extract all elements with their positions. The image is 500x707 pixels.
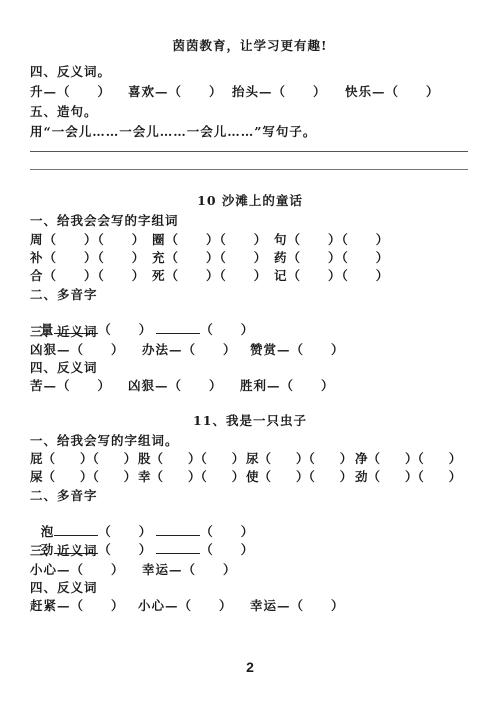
word-item: 句（ ）（ ） (274, 232, 389, 248)
antonyms-heading: 四、反义词 (30, 580, 98, 596)
word-item: 合（ ）（ ） (30, 268, 145, 284)
word-item: 记（ ）（ ） (274, 268, 389, 284)
word-item: 净（ ）（ ） (355, 451, 461, 467)
antonym-item: 升—（ ） (30, 84, 111, 100)
word-item: 药（ ）（ ） (274, 250, 389, 266)
polyphone-heading: 二、多音字 (30, 287, 98, 303)
word-item: 周（ ）（ ） (30, 232, 145, 248)
word-item: 屁（ ）（ ） (30, 451, 136, 467)
word-item: 幸（ ）（ ） (138, 469, 244, 485)
sentence-prompt: 用“一会儿……一会儿……一会儿……”写句子。 (30, 124, 316, 140)
antonym-item: 小心—（ ） (138, 598, 233, 614)
word-item: 屎（ ）（ ） (30, 469, 136, 485)
answer-line[interactable] (30, 169, 468, 170)
antonym-item: 喜欢—（ ） (128, 84, 223, 100)
antonym-item: 幸运—（ ） (250, 598, 345, 614)
lesson-11-title: 11、我是一只虫子 (0, 413, 500, 429)
paren-blank: （ ） (200, 322, 254, 337)
answer-line[interactable] (30, 151, 468, 152)
antonym-item: 苦—（ ） (30, 378, 111, 394)
word-item: 死（ ）（ ） (152, 268, 267, 284)
word-item: 补（ ）（ ） (30, 250, 145, 266)
antonym-item: 抬头—（ ） (232, 84, 327, 100)
words-heading: 一、给我会写的字组词。 (30, 433, 179, 449)
antonym-item: 凶狠—（ ） (128, 378, 223, 394)
word-item: 股（ ）（ ） (138, 451, 244, 467)
word-item: 圈（ ）（ ） (152, 232, 267, 248)
paren-blank: （ ） (98, 322, 152, 337)
paren-blank: （ ） (200, 542, 254, 557)
polyphone-heading: 二、多音字 (30, 488, 98, 504)
sentence-heading: 五、造句。 (30, 104, 98, 120)
antonym-item: 快乐—（ ） (345, 84, 440, 100)
synonym-item: 凶狠—（ ） (30, 342, 125, 358)
antonym-item: 赶紧—（ ） (30, 598, 125, 614)
synonym-item: 小心—（ ） (30, 562, 125, 578)
lesson-10-title: 10 沙滩上的童话 (0, 193, 500, 209)
synonym-item: 幸运—（ ） (142, 562, 237, 578)
synonym-item: 办法—（ ） (142, 342, 237, 358)
words-heading: 一、给我会会写的字组词 (30, 213, 179, 229)
page-header-title: 茵茵教育，让学习更有趣! (0, 38, 500, 54)
word-item: 充（ ）（ ） (152, 250, 267, 266)
synonym-item: 赞赏—（ ） (250, 342, 345, 358)
synonyms-heading: 三、近义词 (30, 324, 98, 340)
answer-blank[interactable] (156, 321, 200, 334)
paren-blank: （ ） (98, 542, 152, 557)
antonyms-heading: 四、反义词。 (30, 64, 111, 80)
word-item: 劲（ ）（ ） (355, 469, 461, 485)
antonym-item: 胜利—（ ） (240, 378, 335, 394)
antonyms-heading: 四、反义词 (30, 360, 98, 376)
synonyms-heading: 三、近义词 (30, 543, 98, 559)
word-item: 尿（ ）（ ） (246, 451, 352, 467)
page-number: 2 (0, 659, 500, 675)
word-item: 使（ ）（ ） (246, 469, 352, 485)
answer-blank[interactable] (156, 541, 200, 554)
